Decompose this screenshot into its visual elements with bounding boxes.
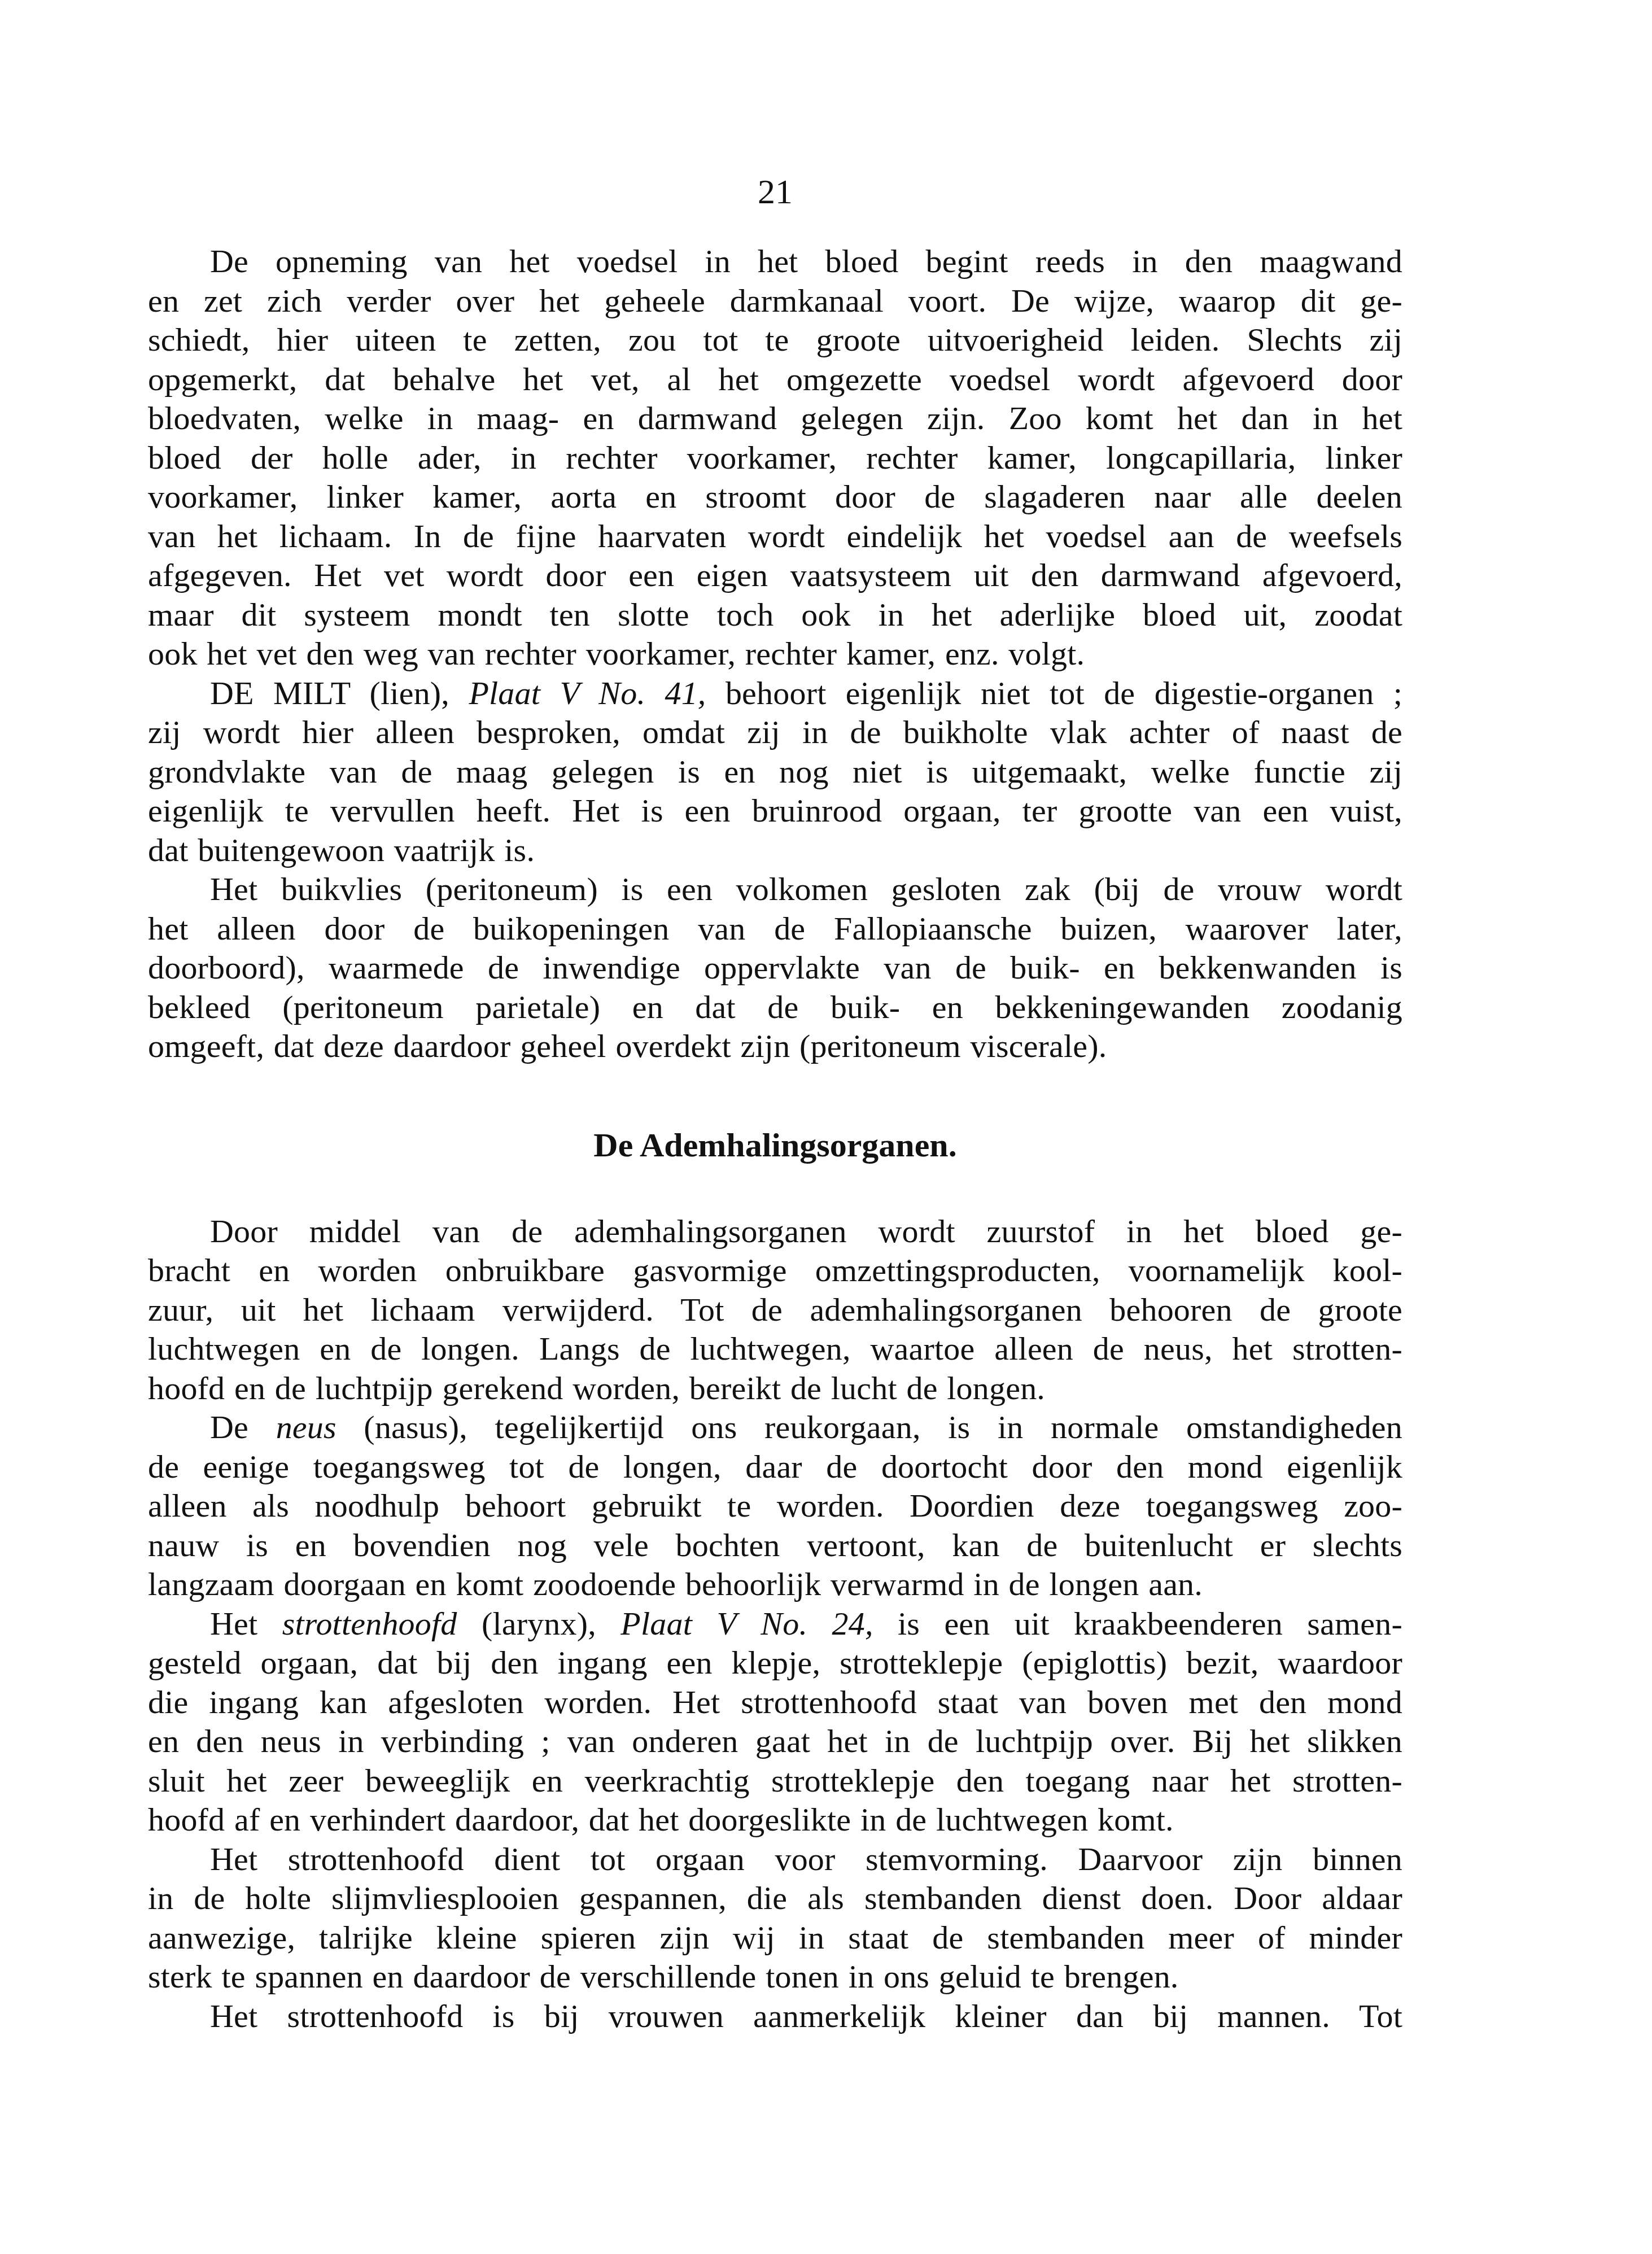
text-line: zuur, uit het lichaam verwijderd. Tot de… [148, 1290, 1402, 1330]
spacer [148, 1066, 1402, 1122]
text-line: en den neus in verbinding ; van onderen … [148, 1722, 1402, 1761]
paragraph-stemvorming: Het strottenhoofd dient tot orgaan voor … [148, 1840, 1402, 1997]
text-line: dat buitengewoon vaatrijk is. [148, 831, 1402, 870]
text-run: (nasus), tegelijkertijd ons reukorgaan, … [336, 1409, 1402, 1445]
text-line: De opneming van het voedsel in het bloed… [148, 242, 1402, 281]
text-line: aanwezige, talrijke kleine spieren zijn … [148, 1918, 1402, 1958]
paragraph-strottenhoofd-grootte: Het strottenhoofd is bij vrouwen aanmerk… [148, 1997, 1402, 2036]
text-line: hoofd en de luchtpijp gerekend worden, b… [148, 1369, 1402, 1408]
text-line: de eenige toegangsweg tot de longen, daa… [148, 1447, 1402, 1487]
text-line: gesteld orgaan, dat bij den ingang een k… [148, 1643, 1402, 1683]
term-strottenhoofd: strottenhoofd [282, 1605, 457, 1642]
text-line: afgegeven. Het vet wordt door een eigen … [148, 556, 1402, 595]
text-line: Het strottenhoofd is bij vrouwen aanmerk… [148, 1997, 1402, 2036]
text-line: nauw is en bovendien nog vele bochten ve… [148, 1526, 1402, 1565]
text-line: die ingang kan afgesloten worden. Het st… [148, 1683, 1402, 1722]
text-line: hoofd af en verhindert daardoor, dat het… [148, 1800, 1402, 1840]
paragraph-buikvlies: Het buikvlies (peritoneum) is een volkom… [148, 870, 1402, 1066]
text-line: van het lichaam. In de fijne haarvaten w… [148, 517, 1402, 556]
text-line: Het strottenhoofd (larynx), Plaat V No. … [148, 1604, 1402, 1644]
plate-reference: Plaat V No. 24, [620, 1605, 873, 1642]
text-line: eigenlijk te vervullen heeft. Het is een… [148, 791, 1402, 831]
text-run: De [210, 1409, 276, 1445]
text-line: voorkamer, linker kamer, aorta en stroom… [148, 477, 1402, 517]
text-line: schiedt, hier uiteen te zetten, zou tot … [148, 320, 1402, 360]
paragraph-ademhaling-intro: Door middel van de ademhalingsorganen wo… [148, 1212, 1402, 1408]
text-line: luchtwegen en de longen. Langs de luchtw… [148, 1329, 1402, 1369]
term-neus: neus [276, 1409, 336, 1445]
text-line: langzaam doorgaan en komt zoodoende beho… [148, 1565, 1402, 1604]
text-line: doorboord), waarmede de inwendige opperv… [148, 948, 1402, 988]
text-run: is een uit kraakbeenderen samen- [873, 1605, 1402, 1642]
section-heading: De Ademhalingsorganen. [148, 1122, 1402, 1168]
text-line: alleen als noodhulp behoort gebruikt te … [148, 1486, 1402, 1526]
text-line: Het buikvlies (peritoneum) is een volkom… [148, 870, 1402, 909]
page-number: 21 [148, 169, 1402, 215]
text-line: ook het vet den weg van rechter voorkame… [148, 634, 1402, 674]
paragraph-neus: De neus (nasus), tegelijkertijd ons reuk… [148, 1408, 1402, 1604]
text-run: behoort eigenlijk niet tot de digestie-o… [706, 675, 1402, 711]
paragraph-milt: DE MILT (lien), Plaat V No. 41, behoort … [148, 674, 1402, 870]
text-line: in de holte slijmvliesplooien gespannen,… [148, 1879, 1402, 1918]
paragraph-strottenhoofd: Het strottenhoofd (larynx), Plaat V No. … [148, 1604, 1402, 1840]
text-line: bekleed (peritoneum parietale) en dat de… [148, 988, 1402, 1027]
text-line: en zet zich verder over het geheele darm… [148, 281, 1402, 321]
spacer [148, 1168, 1402, 1212]
text-run: (larynx), [457, 1605, 621, 1642]
text-line: Het strottenhoofd dient tot orgaan voor … [148, 1840, 1402, 1879]
text-line: opgemerkt, dat behalve het vet, al het o… [148, 360, 1402, 399]
text-line: bloedvaten, welke in maag- en darmwand g… [148, 399, 1402, 438]
text-line: sluit het zeer beweeglijk en veerkrachti… [148, 1761, 1402, 1801]
text-line: omgeeft, dat deze daardoor geheel overde… [148, 1026, 1402, 1066]
text-line: zij wordt hier alleen besproken, omdat z… [148, 713, 1402, 752]
text-line: maar dit systeem mondt ten slotte toch o… [148, 595, 1402, 635]
text-run: DE MILT (lien), [210, 675, 469, 711]
text-line: Door middel van de ademhalingsorganen wo… [148, 1212, 1402, 1251]
text-line: grondvlakte van de maag gelegen is en no… [148, 752, 1402, 792]
text-line: bracht en worden onbruikbare gasvormige … [148, 1251, 1402, 1290]
text-line: DE MILT (lien), Plaat V No. 41, behoort … [148, 674, 1402, 713]
text-run: Het [210, 1605, 282, 1642]
text-line: het alleen door de buikopeningen van de … [148, 909, 1402, 949]
text-line: bloed der holle ader, in rechter voorkam… [148, 438, 1402, 478]
plate-reference: Plaat V No. 41, [469, 675, 706, 711]
body-text: De opneming van het voedsel in het bloed… [148, 242, 1402, 2035]
text-line: De neus (nasus), tegelijkertijd ons reuk… [148, 1408, 1402, 1447]
paragraph-voedsel-opneming: De opneming van het voedsel in het bloed… [148, 242, 1402, 674]
text-line: sterk te spannen en daardoor de verschil… [148, 1957, 1402, 1997]
